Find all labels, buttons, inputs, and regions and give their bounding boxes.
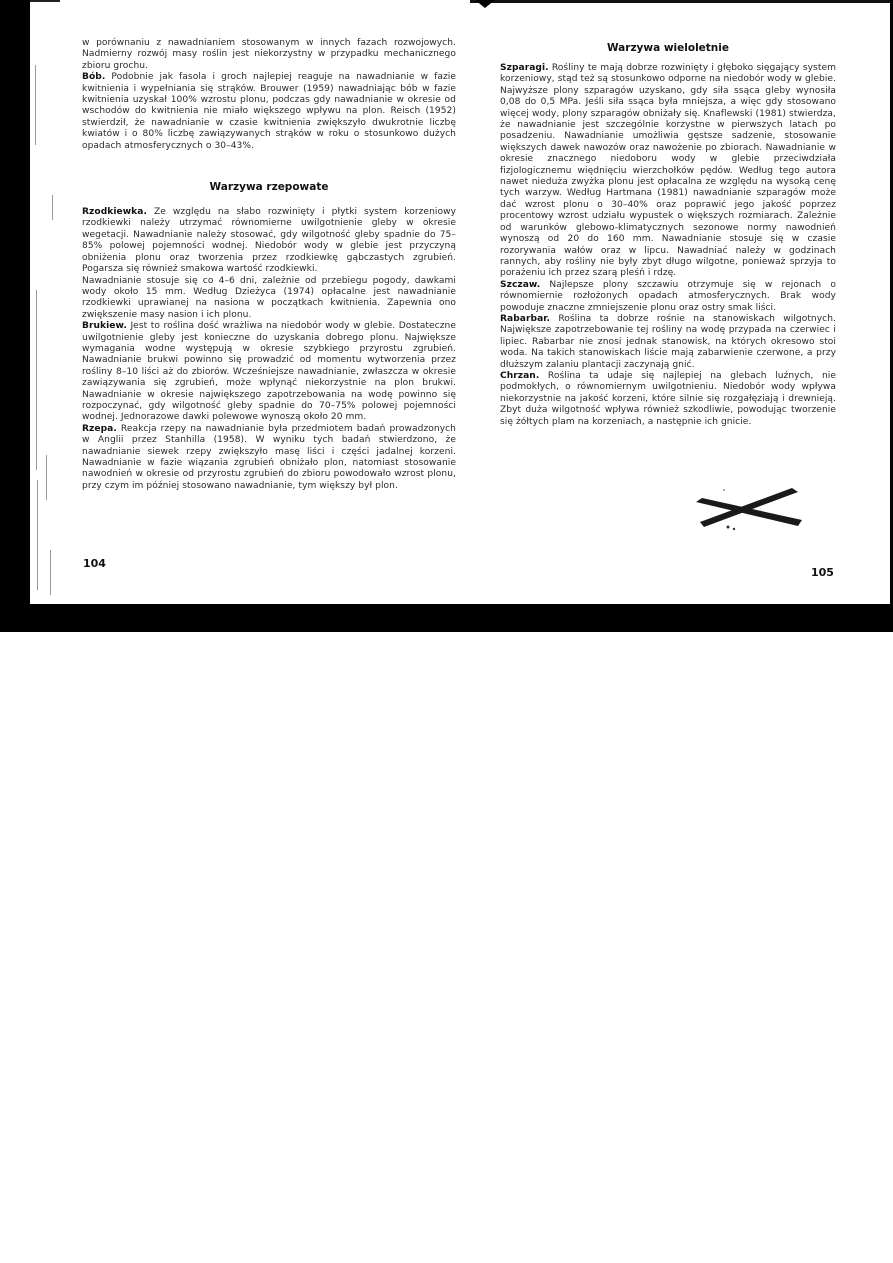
paragraph-text: Podobnie jak fasola i groch najlepiej re… — [82, 72, 456, 150]
page-number-left: 104 — [83, 557, 106, 570]
paragraph-text: Roślina ta udaje się najlepiej na glebac… — [500, 371, 836, 427]
paragraph-rabarbar: Rabarbar. Roślina ta dobrze rośnie na st… — [500, 314, 836, 371]
page-edge-line — [46, 455, 47, 500]
section-heading: Warzywa wieloletnie — [500, 42, 836, 54]
paragraph-text: Jest to roślina dość wrażliwa na niedobó… — [82, 321, 456, 422]
run-in-heading: Bób. — [82, 72, 105, 82]
section-heading: Warzywa rzepowate — [82, 181, 456, 193]
paragraph-text: Nawadnianie stosuje się co 4–6 dni, zale… — [82, 276, 456, 320]
paragraph-rzepa: Rzepa. Reakcja rzepy na nawadnianie była… — [82, 424, 456, 492]
run-in-heading: Rzodkiewka. — [82, 207, 147, 217]
scanned-book-spread: w porównaniu z nawadnianiem stosowanym w… — [0, 0, 893, 632]
run-in-heading: Rzepa. — [82, 424, 117, 434]
run-in-heading: Szczaw. — [500, 280, 540, 290]
x-mark-icon — [694, 480, 804, 530]
paragraph-text: Rośliny te mają dobrze rozwinięty i głęb… — [500, 63, 836, 278]
paragraph-text: w porównaniu z nawadnianiem stosowanym w… — [82, 38, 456, 71]
page-edge-line — [50, 550, 51, 595]
run-in-heading: Rabarbar. — [500, 314, 550, 324]
paragraph-text: Reakcja rzepy na nawadnianie była przedm… — [82, 424, 456, 491]
page-edge-top-left — [30, 0, 60, 2]
page-edge-line — [35, 65, 36, 145]
continuation-paragraph: w porównaniu z nawadnianiem stosowanym w… — [82, 38, 456, 72]
binding-notch — [475, 0, 495, 8]
page-edge-line — [37, 480, 38, 590]
paragraph-szparagi: Szparagi. Rośliny te mają dobrze rozwini… — [500, 63, 836, 280]
left-page: w porównaniu z nawadnianiem stosowanym w… — [82, 38, 456, 492]
paragraph-brukiew: Brukiew. Jest to roślina dość wrażliwa n… — [82, 321, 456, 424]
scan-border-bottom — [0, 604, 893, 632]
run-in-heading: Chrzan. — [500, 371, 539, 381]
paragraph-chrzan: Chrzan. Roślina ta udaje się najlepiej n… — [500, 371, 836, 428]
page-number-right: 105 — [811, 566, 834, 579]
run-in-heading: Brukiew. — [82, 321, 127, 331]
page-edge-line — [52, 195, 53, 220]
paragraph-bob: Bób. Podobnie jak fasola i groch najlepi… — [82, 72, 456, 152]
paragraph-text: Roślina ta dobrze rośnie na stanowiskach… — [500, 314, 836, 370]
paragraph-rzodkiewka: Rzodkiewka. Ze względu na słabo rozwinię… — [82, 207, 456, 275]
paragraph-nawadnianie: Nawadnianie stosuje się co 4–6 dni, zale… — [82, 276, 456, 322]
scan-border-left — [0, 0, 30, 632]
paragraph-text: Ze względu na słabo rozwinięty i płytki … — [82, 207, 456, 274]
paragraph-szczaw: Szczaw. Najlepsze plony szczawiu otrzymu… — [500, 280, 836, 314]
run-in-heading: Szparagi. — [500, 63, 549, 73]
paragraph-text: Najlepsze plony szczawiu otrzymuje się w… — [500, 280, 836, 313]
page-edge-top-right — [470, 0, 893, 3]
page-edge-line — [36, 290, 37, 470]
right-page: Warzywa wieloletnie Szparagi. Rośliny te… — [500, 38, 836, 428]
